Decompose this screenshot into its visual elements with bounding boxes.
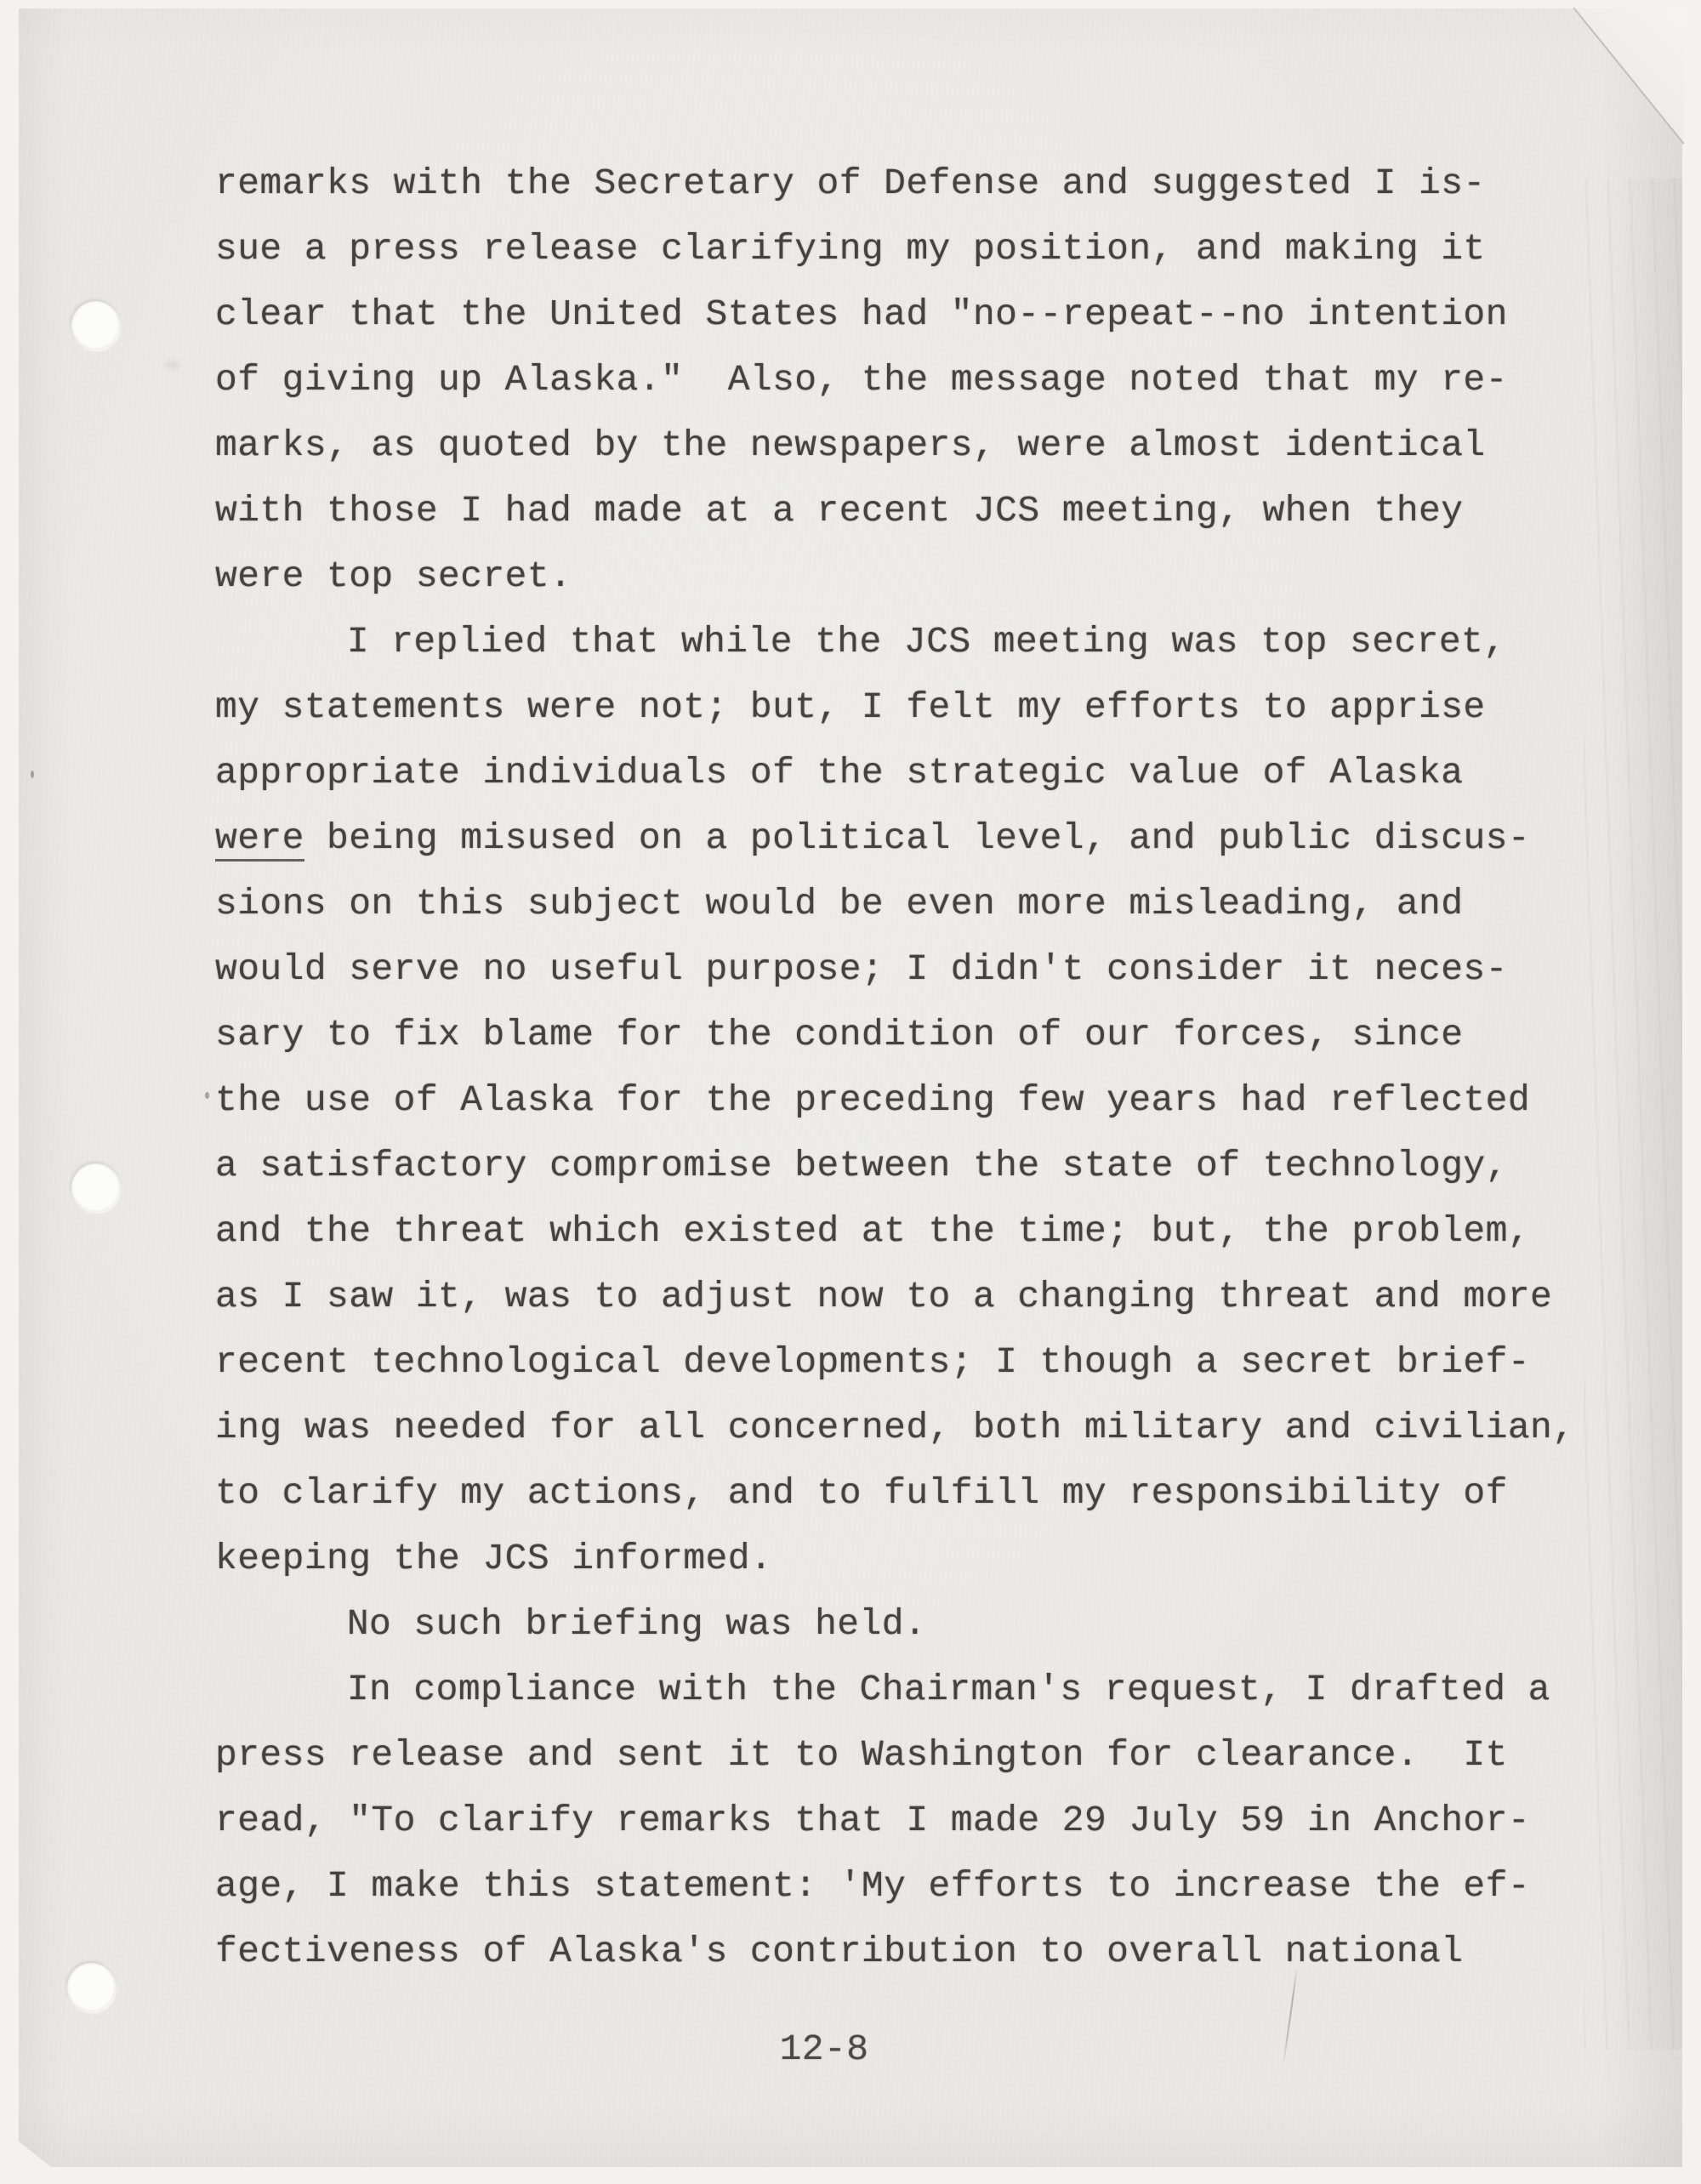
text-line: sions on this subject would be even more… [215, 871, 1593, 936]
text-line: as I saw it, was to adjust now to a chan… [215, 1264, 1593, 1329]
text-line: remarks with the Secretary of Defense an… [215, 151, 1593, 216]
text-line: sary to fix blame for the condition of o… [215, 1002, 1593, 1067]
text-line: ing was needed for all concerned, both m… [215, 1395, 1593, 1460]
smudge [162, 357, 184, 373]
text-line: with those I had made at a recent JCS me… [215, 478, 1593, 543]
punch-hole-bottom [67, 1963, 116, 2011]
text-line: I replied that while the JCS meeting was… [215, 609, 1593, 674]
text-line: were being misused on a political level,… [215, 805, 1593, 871]
text-line: read, "To clarify remarks that I made 29… [215, 1788, 1593, 1853]
text-line: press release and sent it to Washington … [215, 1722, 1593, 1788]
page-number: 12-8 [780, 2016, 869, 2082]
typed-text: remarks with the Secretary of Defense an… [215, 151, 1593, 1984]
text-line: were top secret. [215, 543, 1593, 609]
punch-hole-middle [71, 1163, 120, 1212]
text-line: of giving up Alaska." Also, the message … [215, 347, 1593, 412]
ink-speck [31, 771, 34, 778]
text-line: clear that the United States had "no--re… [215, 282, 1593, 347]
text-line: No such briefing was held. [215, 1591, 1593, 1657]
punch-hole-top [71, 301, 120, 350]
text-line: sue a press release clarifying my positi… [215, 216, 1593, 282]
paper-wrinkles [1584, 179, 1701, 2050]
text-line: age, I make this statement: 'My efforts … [215, 1853, 1593, 1919]
underlined-word: were [215, 817, 304, 862]
text-line: fectiveness of Alaska's contribution to … [215, 1919, 1593, 1984]
text-line: the use of Alaska for the preceding few … [215, 1067, 1593, 1133]
text-line: keeping the JCS informed. [215, 1526, 1593, 1591]
text-line: my statements were not; but, I felt my e… [215, 674, 1593, 740]
text-line: appropriate individuals of the strategic… [215, 740, 1593, 805]
text-line: a satisfactory compromise between the st… [215, 1133, 1593, 1198]
ink-speck [205, 1092, 209, 1099]
text-line: to clarify my actions, and to fulfill my… [215, 1460, 1593, 1526]
scan-background: remarks with the Secretary of Defense an… [0, 0, 1701, 2184]
text-line: and the threat which existed at the time… [215, 1198, 1593, 1264]
text-line: recent technological developments; I tho… [215, 1329, 1593, 1395]
text-line: In compliance with the Chairman's reques… [215, 1657, 1593, 1722]
text-line: marks, as quoted by the newspapers, were… [215, 412, 1593, 478]
text-line: would serve no useful purpose; I didn't … [215, 936, 1593, 1002]
